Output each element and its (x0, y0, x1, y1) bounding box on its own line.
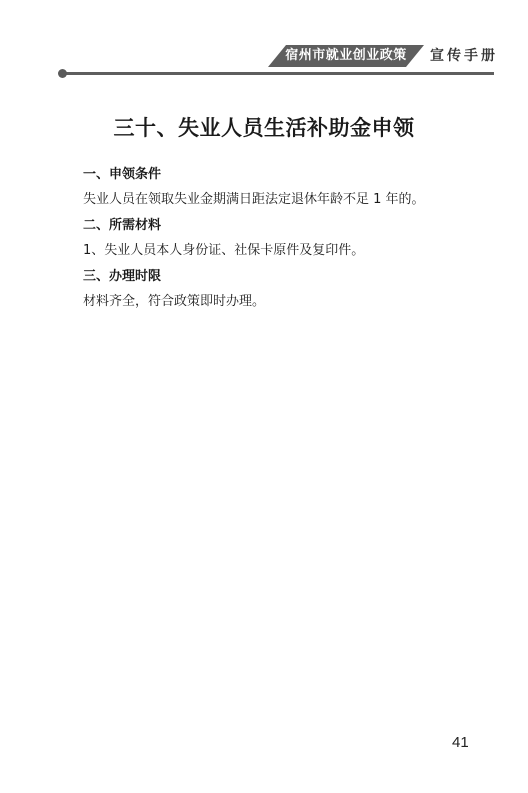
page-title: 三十、失业人员生活补助金申领 (0, 112, 528, 142)
header-banner: 宿州市就业创业政策 (268, 45, 424, 67)
page-content: 一、申领条件 失业人员在领取失业金期满日距法定退休年龄不足 1 年的。 二、所需… (83, 163, 463, 316)
section-body: 材料齐全，符合政策即时办理。 (83, 288, 463, 316)
header-subtitle: 宣传手册 (430, 45, 498, 67)
section-required-materials: 二、所需材料 1、失业人员本人身份证、社保卡原件及复印件。 (83, 214, 463, 265)
section-body: 1、失业人员本人身份证、社保卡原件及复印件。 (83, 237, 463, 265)
section-eligibility: 一、申领条件 失业人员在领取失业金期满日距法定退休年龄不足 1 年的。 (83, 163, 463, 214)
section-heading: 三、办理时限 (83, 265, 463, 288)
header-divider (63, 72, 494, 75)
page-number: 41 (452, 734, 469, 751)
section-heading: 一、申领条件 (83, 163, 463, 186)
section-body: 失业人员在领取失业金期满日距法定退休年龄不足 1 年的。 (83, 186, 463, 214)
section-heading: 二、所需材料 (83, 214, 463, 237)
section-processing-time: 三、办理时限 材料齐全，符合政策即时办理。 (83, 265, 463, 316)
header-bullet-dot-icon (58, 69, 67, 78)
header-banner-title: 宿州市就业创业政策 (268, 45, 424, 67)
